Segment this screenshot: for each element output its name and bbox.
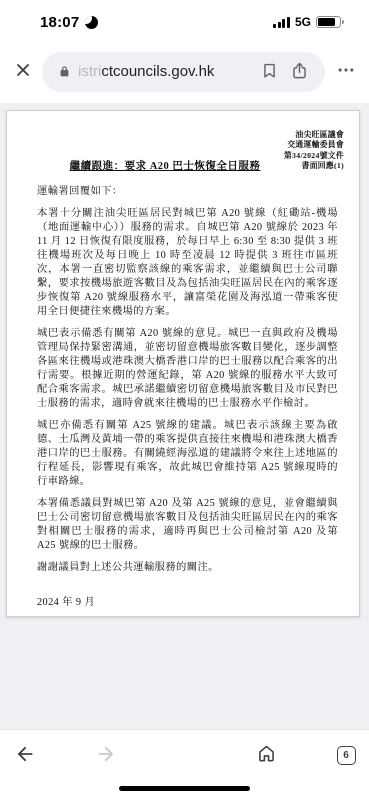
tab-switcher-button[interactable]: 6 bbox=[329, 738, 363, 772]
status-right: 5G bbox=[273, 15, 341, 29]
paragraph-2: 城巴表示備悉有關第 A20 號線的意見。城巴一直與政府及機場管理局保持緊密溝通，… bbox=[37, 327, 338, 411]
browser-toolbar: istrictcouncils.gov.hk bbox=[0, 44, 369, 103]
document-page: 油尖旺區議會 交通運輸委員會 第34/2024號文件 書面回應(1) 繼續跟進：… bbox=[6, 110, 360, 617]
address-bar[interactable]: istrictcouncils.gov.hk bbox=[42, 52, 325, 92]
tab-counter: 6 bbox=[337, 746, 356, 765]
header-line-committee: 交通運輸委員會 bbox=[284, 140, 344, 150]
paragraph-3: 城巴亦備悉有關第 A25 號線的建議。城巴表示該線主要為啟德、土瓜灣及黃埔一帶的… bbox=[37, 419, 338, 489]
url-text: istrictcouncils.gov.hk bbox=[78, 63, 253, 80]
share-button[interactable] bbox=[285, 58, 313, 86]
lock-icon bbox=[58, 65, 71, 78]
forward-button[interactable] bbox=[89, 738, 123, 772]
close-button[interactable] bbox=[10, 59, 36, 85]
close-icon bbox=[13, 60, 33, 83]
paragraph-1: 本署十分關注油尖旺區居民對城巴第 A20 號線（紅磡站-機場（地面運輸中心））服… bbox=[37, 207, 338, 319]
more-dots-icon bbox=[336, 60, 356, 83]
cellular-signal-icon bbox=[273, 17, 290, 28]
home-indicator[interactable] bbox=[119, 786, 250, 791]
screen: 18:07 5G istrictcouncils.gov.hk bbox=[0, 0, 369, 800]
battery-icon bbox=[316, 16, 341, 28]
url-faded-part: istri bbox=[78, 63, 101, 80]
do-not-disturb-moon-icon bbox=[85, 16, 98, 29]
share-icon bbox=[290, 61, 309, 83]
back-arrow-icon bbox=[14, 743, 36, 768]
document-body: 運輸署回覆如下： 本署十分關注油尖旺區居民對城巴第 A20 號線（紅磡站-機場（… bbox=[37, 185, 338, 610]
home-icon bbox=[256, 743, 277, 767]
closing-line: 謝謝議員對上述公共運輸服務的關注。 bbox=[37, 561, 338, 575]
page-viewport[interactable]: 油尖旺區議會 交通運輸委員會 第34/2024號文件 書面回應(1) 繼續跟進：… bbox=[0, 103, 369, 729]
status-left: 18:07 bbox=[40, 14, 98, 31]
back-button[interactable] bbox=[8, 738, 42, 772]
forward-arrow-icon bbox=[95, 743, 117, 768]
bookmark-button[interactable] bbox=[255, 58, 283, 86]
salutation: 運輸署回覆如下： bbox=[37, 185, 338, 199]
more-button[interactable] bbox=[331, 57, 361, 87]
header-line-council: 油尖旺區議會 bbox=[284, 130, 344, 140]
network-type-label: 5G bbox=[295, 15, 311, 29]
document-date: 2024 年 9 月 bbox=[37, 596, 338, 610]
paragraph-4: 本署備悉議員對城巴第 A20 及第 A25 號線的意見，並會繼續與巴士公司密切留… bbox=[37, 497, 338, 553]
home-button[interactable] bbox=[249, 738, 283, 772]
url-main-part: ctcouncils.gov.hk bbox=[101, 63, 214, 80]
bookmark-icon bbox=[260, 61, 279, 83]
status-bar: 18:07 5G bbox=[0, 0, 369, 44]
document-title: 繼續跟進：要求 A20 巴士恢復全日服務 bbox=[7, 158, 359, 173]
clock: 18:07 bbox=[40, 14, 79, 31]
